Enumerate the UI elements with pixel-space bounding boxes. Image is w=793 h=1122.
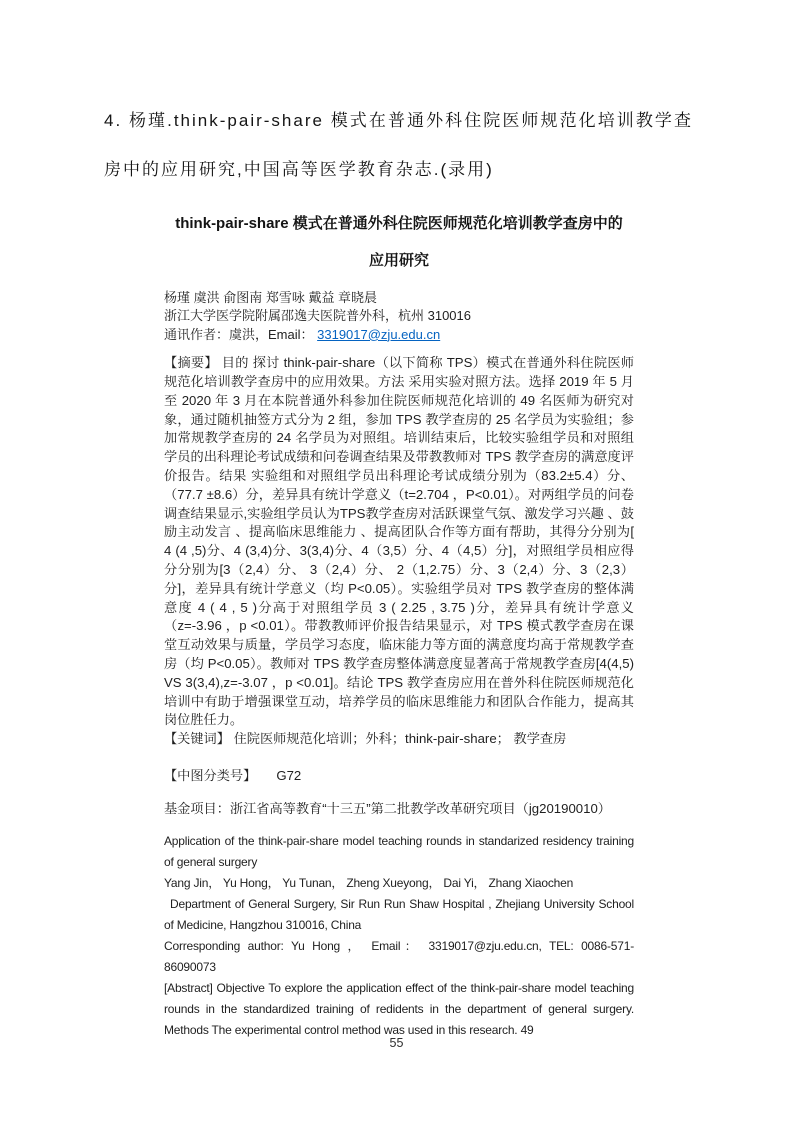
reference-list-item: 4. 杨瑾.think-pair-share 模式在普通外科住院医师规范化培训教… <box>104 96 693 194</box>
email-link[interactable]: 3319017@zju.edu.cn <box>317 327 440 342</box>
embedded-paper: think-pair-share 模式在普通外科住院医师规范化培训教学查房中的 … <box>164 205 634 1041</box>
clc-value: G72 <box>276 768 301 783</box>
paper-title-line2: 应用研究 <box>164 242 634 279</box>
abstract-paragraph: 【摘要】 目的 探讨 think-pair-share（以下简称 TPS）模式在… <box>164 354 634 730</box>
paper-authors: 杨瑾 虞洪 俞图南 郑雪咏 戴益 章晓晨 <box>164 289 634 307</box>
page-number: 55 <box>0 1036 793 1050</box>
corresponding-label: 通讯作者：虞洪，Email： <box>164 327 317 342</box>
keywords-line: 【关键词】 住院医师规范化培训；外科；think-pair-share； 教学查… <box>164 730 634 749</box>
english-section: Application of the think-pair-share mode… <box>164 831 634 1041</box>
paper-affiliation: 浙江大学医学院附属邵逸夫医院普外科，杭州 310016 <box>164 307 634 325</box>
funding-line: 基金项目：浙江省高等教育“十三五”第二批教学改革研究项目（jg20190010） <box>164 800 634 818</box>
document-page: 4. 杨瑾.think-pair-share 模式在普通外科住院医师规范化培训教… <box>0 0 793 1122</box>
clc-line: 【中图分类号】G72 <box>164 767 634 785</box>
english-title: Application of the think-pair-share mode… <box>164 831 634 873</box>
english-affiliation: Department of General Surgery, Sir Run R… <box>164 894 634 936</box>
english-abstract: [Abstract] Objective To explore the appl… <box>164 978 634 1041</box>
paper-title: think-pair-share 模式在普通外科住院医师规范化培训教学查房中的 … <box>164 205 634 279</box>
paper-title-line1: think-pair-share 模式在普通外科住院医师规范化培训教学查房中的 <box>164 205 634 242</box>
english-corresponding: Corresponding author: Yu Hong ， Email： 3… <box>164 936 634 978</box>
clc-label: 【中图分类号】 <box>164 768 256 783</box>
english-authors: Yang Jin， Yu Hong， Yu Tunan， Zheng Xueyo… <box>164 873 634 894</box>
corresponding-line: 通讯作者：虞洪，Email： 3319017@zju.edu.cn <box>164 326 634 344</box>
